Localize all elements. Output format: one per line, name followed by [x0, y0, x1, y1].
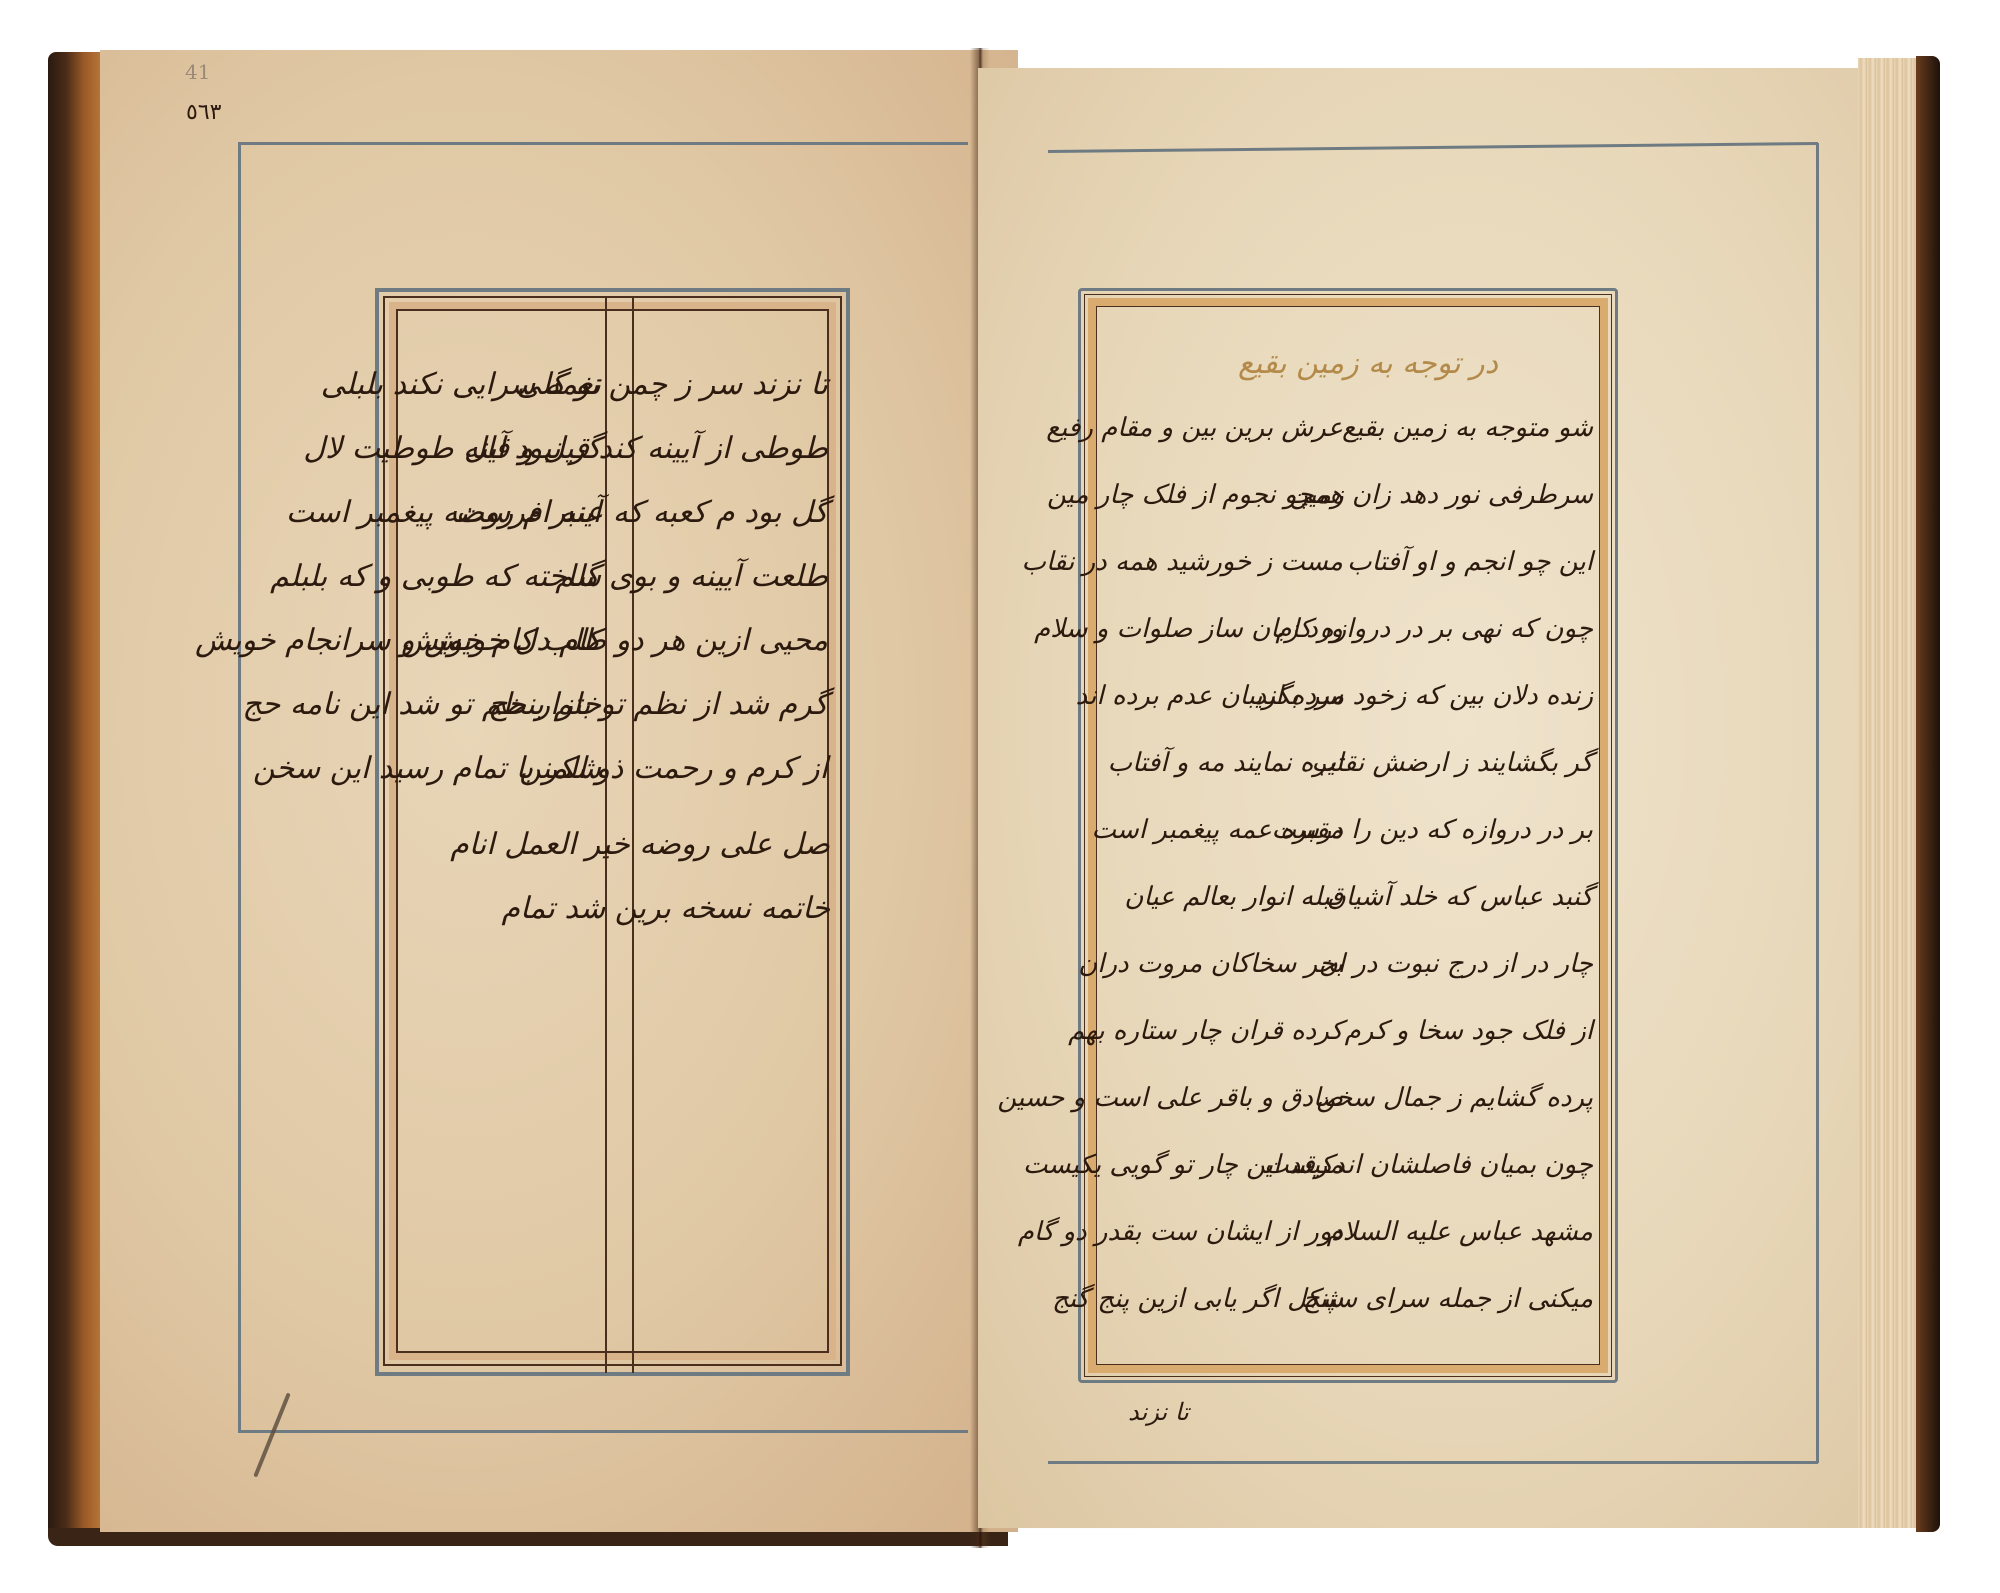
outer-rule-top: [1048, 142, 1818, 153]
catchword: تا نزند: [1128, 1398, 1189, 1426]
verse-column-left: نغمه سرایی نکند بلبلی گر نبود آینه طوطیت…: [403, 365, 601, 813]
left-cover-binding: [48, 52, 108, 1542]
open-manuscript: 41 ٥٦٣ تا نزند سر ز چمن نو گلی طوطی از آ…: [48, 48, 1968, 1548]
pencil-note: 41: [185, 60, 210, 84]
verse-column-right: شو متوجه به زمین بقیع سرطرفی نور دهد زان…: [1353, 408, 1593, 1346]
colophon: صل علی روضه خیر العمل انام خاتمه نسخه بر…: [530, 825, 830, 953]
right-page: در توجه به زمین بقیع شو متوجه به زمین بق…: [978, 68, 1858, 1528]
page-fore-edge: [1858, 58, 1920, 1528]
outer-rule-bottom: [238, 1430, 968, 1433]
verse-column-left: عرش برین بین و مقام رفیع همچو نجوم از فل…: [1103, 408, 1343, 1346]
outer-rule-right: [1816, 143, 1819, 1463]
folio-number: ٥٦٣: [186, 100, 221, 125]
outer-rule-left: [238, 142, 241, 1432]
left-page: 41 ٥٦٣ تا نزند سر ز چمن نو گلی طوطی از آ…: [100, 50, 1018, 1532]
right-cover-binding: [1916, 56, 1940, 1532]
ink-stroke-mark: [253, 1393, 290, 1478]
section-heading: در توجه به زمین بقیع: [1218, 346, 1518, 381]
outer-rule-top: [238, 142, 968, 145]
outer-rule-bottom: [1048, 1461, 1818, 1464]
verse-column-right: تا نزند سر ز چمن نو گلی طوطی از آیینه کن…: [638, 365, 828, 813]
